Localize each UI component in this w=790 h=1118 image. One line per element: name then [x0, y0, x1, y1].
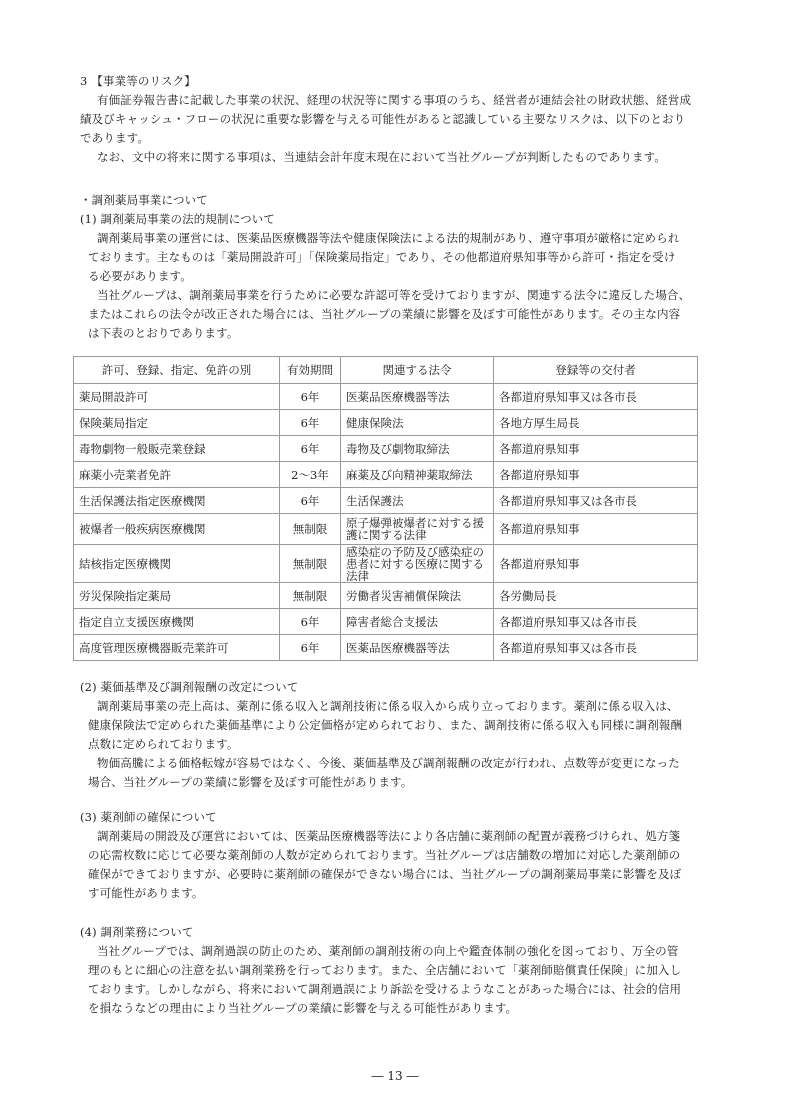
table-cell: 感染症の予防及び感染症の患者に対する医療に関する法律	[341, 545, 494, 583]
item-3-line: す可能性があります。	[88, 886, 728, 900]
item-2-line: 健康保険法で定められた薬価基準により公定価格が定められており、また、調剤技術に係…	[88, 718, 728, 732]
table-cell: 麻薬小売業者免許	[74, 462, 280, 488]
table-cell: 各都道府県知事又は各市長	[494, 488, 698, 514]
table-cell: 6年	[280, 384, 341, 410]
item-1-line: る必要があります。	[88, 269, 728, 283]
table-cell: 生活保護法	[341, 488, 494, 514]
intro-line: なお、文中の将来に関する事項は、当連結会計年度末現在において当社グループが判断し…	[97, 150, 737, 164]
table-cell: 無制限	[280, 514, 341, 545]
table-cell: 2～3年	[280, 462, 341, 488]
table-cell: 毒物劇物一般販売業登録	[74, 436, 280, 462]
item-4-line: 当社グループでは、調剤過誤の防止のため、薬剤師の調剤技術の向上や鑑査体制の強化を…	[97, 944, 737, 958]
table-cell: 高度管理医療機器販売業許可	[74, 635, 280, 661]
table-row: 生活保護法指定医療機関 6年 生活保護法 各都道府県知事又は各市長	[74, 488, 698, 514]
table-cell: 労災保険指定薬局	[74, 583, 280, 609]
table-cell: 障害者総合支援法	[341, 609, 494, 635]
item-heading-4: (4) 調剤業務について	[80, 925, 194, 939]
item-3-line: の応需枚数に応じて必要な薬剤師の人数が定められております。当社グループは店舗数の…	[88, 848, 728, 862]
table-row: 指定自立支援医療機関 6年 障害者総合支援法 各都道府県知事又は各市長	[74, 609, 698, 635]
table-cell: 原子爆弾被爆者に対する援護に関する法律	[341, 514, 494, 545]
item-1-line: は下表のとおりであります。	[88, 326, 728, 340]
item-3-line: 調剤薬局の開設及び運営においては、医薬品医療機器等法により各店舗に薬剤師の配置が…	[97, 829, 737, 843]
table-cell: 各都道府県知事又は各市長	[494, 635, 698, 661]
table-cell: 各都道府県知事又は各市長	[494, 384, 698, 410]
item-heading-3: (3) 薬剤師の確保について	[80, 810, 217, 824]
item-1-line: ております。主なものは「薬局開設許可」「保険薬局指定」であり、その他都道府県知事…	[88, 250, 728, 264]
table-cell: 労働者災害補償保険法	[341, 583, 494, 609]
table-cell: 生活保護法指定医療機関	[74, 488, 280, 514]
table-cell: 健康保険法	[341, 410, 494, 436]
table-cell: 薬局開設許可	[74, 384, 280, 410]
table-cell: 指定自立支援医療機関	[74, 609, 280, 635]
item-1-line: 当社グループは、調剤薬局事業を行うために必要な許認可等を受けておりますが、関連す…	[97, 288, 737, 302]
table-row: 麻薬小売業者免許 2～3年 麻薬及び向精神薬取締法 各都道府県知事	[74, 462, 698, 488]
table-cell: 医薬品医療機器等法	[341, 384, 494, 410]
table-header-cell: 関連する法令	[341, 357, 494, 384]
table-cell: 毒物及び劇物取締法	[341, 436, 494, 462]
item-heading-2: (2) 薬価基準及び調剤報酬の改定について	[80, 680, 298, 694]
subsection-title: ・調剤薬局事業について	[80, 193, 208, 207]
table-cell: 被爆者一般疾病医療機関	[74, 514, 280, 545]
table-row: 被爆者一般疾病医療機関 無制限 原子爆弾被爆者に対する援護に関する法律 各都道府…	[74, 514, 698, 545]
table-cell: 6年	[280, 436, 341, 462]
intro-line: 有価証券報告書に記載した事業の状況、経理の状況等に関する事項のうち、経営者が連結…	[97, 93, 737, 107]
table-cell: 各都道府県知事又は各市長	[494, 609, 698, 635]
table-cell: 6年	[280, 609, 341, 635]
table-cell: 各都道府県知事	[494, 462, 698, 488]
item-3-line: 確保ができておりますが、必要時に薬剤師の確保ができない場合には、当社グループの調…	[88, 867, 728, 881]
table-cell: 医薬品医療機器等法	[341, 635, 494, 661]
item-2-line: 物価高騰による価格転嫁が容易ではなく、今後、薬価基準及び調剤報酬の改定が行われ、…	[97, 756, 737, 770]
item-heading-1: (1) 調剤薬局事業の法的規制について	[80, 212, 275, 226]
table-cell: 6年	[280, 410, 341, 436]
table-cell: 6年	[280, 488, 341, 514]
intro-line: であります。	[80, 131, 720, 145]
table-cell: 無制限	[280, 583, 341, 609]
document-page: 3 【事業等のリスク】 有価証券報告書に記載した事業の状況、経理の状況等に関する…	[0, 0, 790, 1118]
license-table: 許可、登録、指定、免許の別 有効期間 関連する法令 登録等の交付者 薬局開設許可…	[73, 356, 698, 661]
item-4-line: ております。しかしながら、将来において調剤過誤により訴訟を受けるようなことがあっ…	[88, 982, 728, 996]
table-cell: 各都道府県知事	[494, 545, 698, 583]
table-cell: 各地方厚生局長	[494, 410, 698, 436]
item-2-line: 調剤薬局事業の売上高は、薬剤に係る収入と調剤技術に係る収入から成り立っております…	[97, 699, 737, 713]
item-2-line: 場合、当社グループの業績に影響を及ぼす可能性があります。	[88, 775, 728, 789]
table-row: 毒物劇物一般販売業登録 6年 毒物及び劇物取締法 各都道府県知事	[74, 436, 698, 462]
table-row: 結核指定医療機関 無制限 感染症の予防及び感染症の患者に対する医療に関する法律 …	[74, 545, 698, 583]
item-1-line: 調剤薬局事業の運営には、医薬品医療機器等法や健康保険法による法的規制があり、遵守…	[97, 231, 737, 245]
table-row: 保険薬局指定 6年 健康保険法 各地方厚生局長	[74, 410, 698, 436]
table-cell: 各都道府県知事	[494, 514, 698, 545]
page-number: ― 13 ―	[0, 1069, 790, 1083]
table-row: 労災保険指定薬局 無制限 労働者災害補償保険法 各労働局長	[74, 583, 698, 609]
table-cell: 各労働局長	[494, 583, 698, 609]
table-header-cell: 許可、登録、指定、免許の別	[74, 357, 280, 384]
table-header-cell: 有効期間	[280, 357, 341, 384]
intro-line: 績及びキャッシュ・フローの状況に重要な影響を与える可能性があると認識している主要…	[80, 112, 720, 126]
table-cell: 無制限	[280, 545, 341, 583]
table-cell: 6年	[280, 635, 341, 661]
table-row: 高度管理医療機器販売業許可 6年 医薬品医療機器等法 各都道府県知事又は各市長	[74, 635, 698, 661]
table-row: 薬局開設許可 6年 医薬品医療機器等法 各都道府県知事又は各市長	[74, 384, 698, 410]
item-1-line: またはこれらの法令が改正された場合には、当社グループの業績に影響を及ぼす可能性が…	[88, 307, 728, 321]
table-cell: 各都道府県知事	[494, 436, 698, 462]
section-title: 3 【事業等のリスク】	[80, 74, 196, 88]
item-2-line: 点数に定められております。	[88, 737, 728, 751]
item-4-line: を損なうなどの理由により当社グループの業績に影響を与える可能性があります。	[88, 1001, 728, 1015]
table-cell: 麻薬及び向精神薬取締法	[341, 462, 494, 488]
table-cell: 結核指定医療機関	[74, 545, 280, 583]
table-header-cell: 登録等の交付者	[494, 357, 698, 384]
item-4-line: 理のもとに細心の注意を払い調剤業務を行っております。また、全店舗において「薬剤師…	[88, 963, 728, 977]
table-cell: 保険薬局指定	[74, 410, 280, 436]
table-header-row: 許可、登録、指定、免許の別 有効期間 関連する法令 登録等の交付者	[74, 357, 698, 384]
